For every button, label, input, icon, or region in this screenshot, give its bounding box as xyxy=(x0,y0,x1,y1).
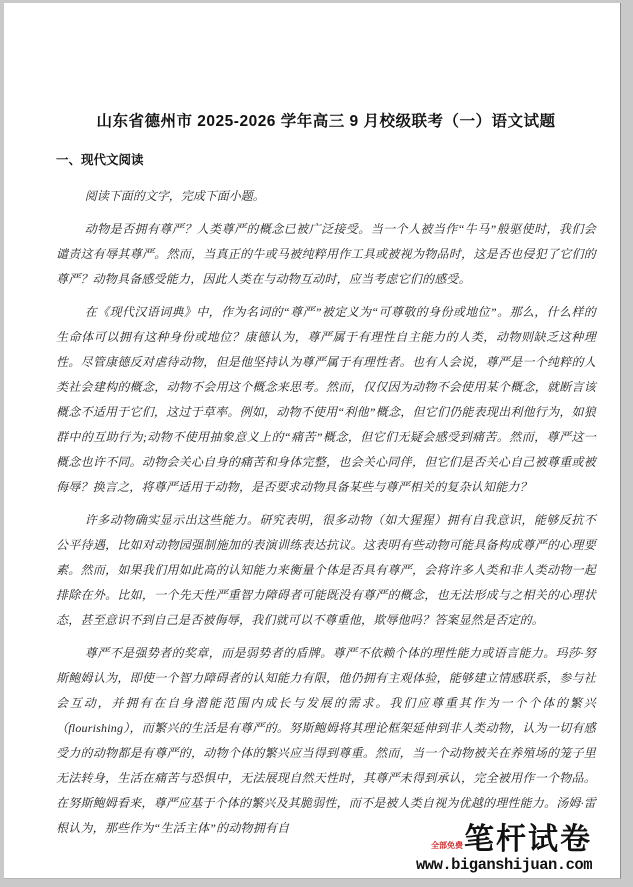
passage-paragraph-2: 在《现代汉语词典》中，作为名词的“尊严”被定义为“可尊敬的身份或地位”。那么，什… xyxy=(56,300,596,500)
exam-title: 山东省德州市 2025-2026 学年高三 9 月校级联考（一）语文试题 xyxy=(56,109,596,131)
free-badge: 全部免费 xyxy=(431,840,463,851)
passage-paragraph-1: 动物是否拥有尊严？人类尊严的概念已被广泛接受。当一个人被当作“牛马”般驱使时，我… xyxy=(56,217,596,292)
biganshijuan-watermark: 全部免费 笔杆试卷 www.biganshijuan.com xyxy=(416,825,592,874)
reading-instruction: 阅读下面的文字，完成下面小题。 xyxy=(56,184,596,209)
passage-body: 动物是否拥有尊严？人类尊严的概念已被广泛接受。当一个人被当作“牛马”般驱使时，我… xyxy=(56,217,596,841)
document-viewer: 山东省德州市 2025-2026 学年高三 9 月校级联考（一）语文试题 一、现… xyxy=(0,0,633,887)
page-content: 山东省德州市 2025-2026 学年高三 9 月校级联考（一）语文试题 一、现… xyxy=(56,3,596,841)
passage-paragraph-3: 许多动物确实显示出这些能力。研究表明，很多动物（如大猩猩）拥有自我意识，能够反抗… xyxy=(56,508,596,633)
passage-paragraph-4: 尊严不是强势者的奖章，而是弱势者的盾牌。尊严不依赖个体的理性能力或语言能力。玛莎… xyxy=(56,641,596,841)
exam-page: 山东省德州市 2025-2026 学年高三 9 月校级联考（一）语文试题 一、现… xyxy=(4,3,621,879)
watermark-brand-row: 全部免费 笔杆试卷 xyxy=(416,825,592,855)
website-url: www.biganshijuan.com xyxy=(416,856,592,874)
section-heading-modern-reading: 一、现代文阅读 xyxy=(56,150,596,168)
brand-name: 笔杆试卷 xyxy=(464,825,592,855)
